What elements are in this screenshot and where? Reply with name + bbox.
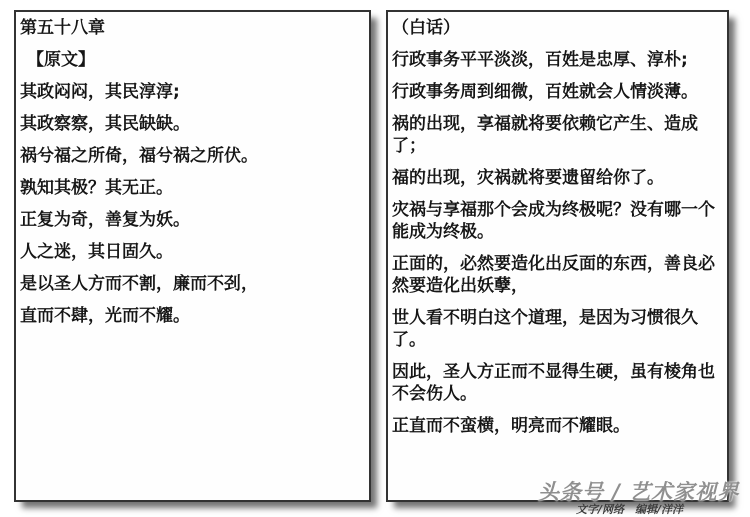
chapter-heading: 第五十八章 xyxy=(20,17,366,39)
text-line: 人之迷，其日固久。 xyxy=(20,241,366,263)
text-line: 直而不肆，光而不耀。 xyxy=(20,305,366,327)
text-line: 祸的出现，享福就将要依赖它产生、造成了； xyxy=(392,113,724,157)
text-line: 祸兮福之所倚，福兮祸之所伏。 xyxy=(20,145,366,167)
credit-line: 文字/网络 编辑/洋洋 xyxy=(576,503,683,517)
text-line: 正直而不蛮横，明亮而不耀眼。 xyxy=(392,415,724,437)
watermark: 头条号 / 艺术家视界 xyxy=(538,480,739,504)
text-line: 正复为奇，善复为妖。 xyxy=(20,209,366,231)
text-line: 世人看不明白这个道理，是因为习惯很久了。 xyxy=(392,307,724,351)
vernacular-text-lines: 行政事务平平淡淡，百姓是忠厚、淳朴;行政事务周到细微，百姓就会人情淡薄。祸的出现… xyxy=(392,49,724,437)
text-line: 是以圣人方而不割，廉而不刭， xyxy=(20,273,366,295)
text-line: 福的出现，灾祸就将要遗留给你了。 xyxy=(392,167,724,189)
text-line: 因此，圣人方正而不显得生硬，虽有棱角也不会伤人。 xyxy=(392,361,724,405)
text-line: 行政事务平平淡淡，百姓是忠厚、淳朴; xyxy=(392,49,724,71)
text-line: 行政事务周到细微，百姓就会人情淡薄。 xyxy=(392,81,724,103)
original-text-panel: 第五十八章 【原文】 其政闷闷，其民淳淳;其政察察，其民缺缺。祸兮福之所倚，福兮… xyxy=(14,10,371,502)
original-section-label: 【原文】 xyxy=(20,49,366,71)
text-line: 灾祸与享福那个会成为终极呢？没有哪一个能成为终极。 xyxy=(392,199,724,243)
text-line: 孰知其极？其无正。 xyxy=(20,177,366,199)
text-line: 正面的，必然要造化出反面的东西，善良必然要造化出妖孽， xyxy=(392,253,724,297)
text-line: 其政闷闷，其民淳淳; xyxy=(20,81,366,103)
text-line: 其政察察，其民缺缺。 xyxy=(20,113,366,135)
original-text-lines: 其政闷闷，其民淳淳;其政察察，其民缺缺。祸兮福之所倚，福兮祸之所伏。孰知其极？其… xyxy=(20,81,366,327)
vernacular-panel: （白话） 行政事务平平淡淡，百姓是忠厚、淳朴;行政事务周到细微，百姓就会人情淡薄… xyxy=(386,10,729,502)
vernacular-section-label: （白话） xyxy=(392,17,724,39)
